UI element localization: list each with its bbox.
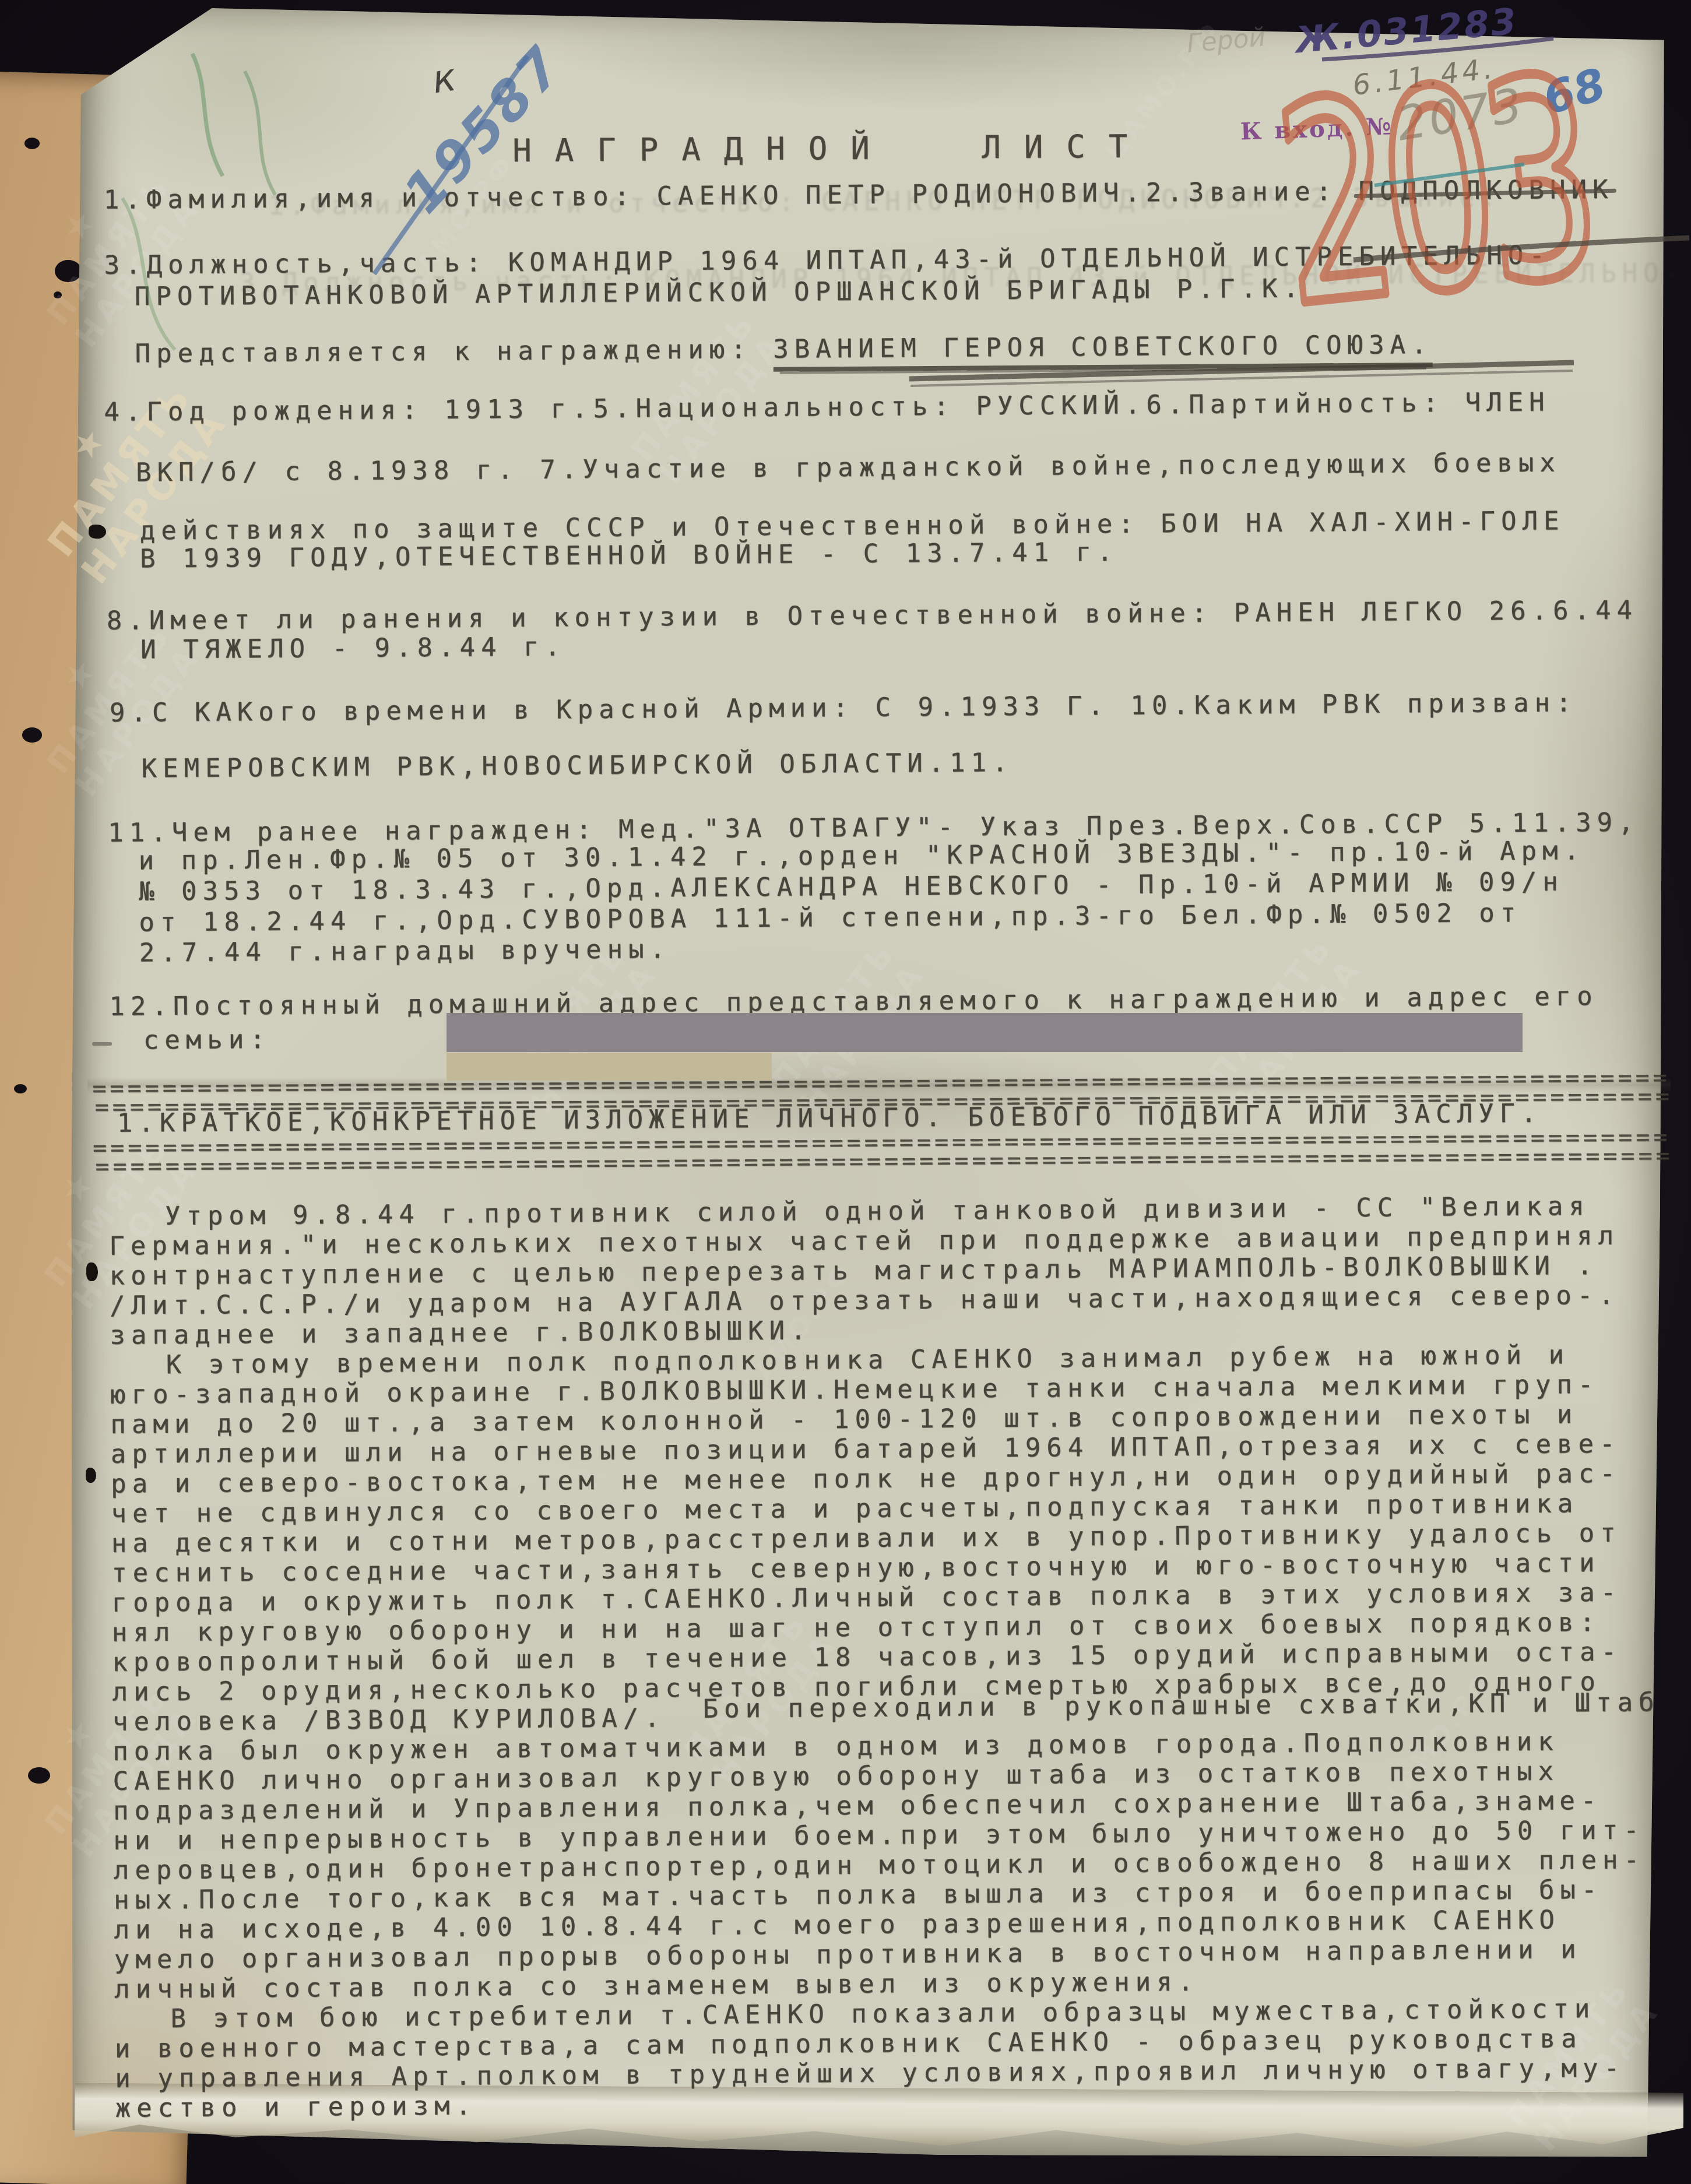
ink-blot <box>86 1262 98 1281</box>
form-line-campaigns-2: В 1939 ГОДУ,ОТЕЧЕСТВЕННОЙ ВОЙНЕ - С 13.7… <box>140 537 1119 574</box>
scanned-award-document: ★ ПАМЯТЬ НАРОДА ★ПАМЯТЬНАРОДА ★ПАМЯТЬНАР… <box>0 0 1691 2184</box>
pencil-dash <box>92 1042 112 1046</box>
form-line-presented: Представляется к награждению: ЗВАНИЕМ ГЕ… <box>135 330 1432 377</box>
form-line-birth-nationality: 4.Год рождения: 1913 г.5.Национальность:… <box>104 388 1551 427</box>
form-line-service-since: 9.С КАКого времени в Красной Армии: С 9.… <box>110 688 1577 728</box>
ink-blot <box>86 1468 96 1483</box>
form-line-address-2: семьи: <box>143 1025 271 1056</box>
ink-blot <box>89 525 106 539</box>
form-line-prior-awards-5: 2.7.44 г.награды вручены. <box>139 934 672 968</box>
body-line-continuation: Бои переходили в рукопашные схватки,КП и… <box>703 1687 1660 1724</box>
redaction-box <box>447 1013 1523 1052</box>
page-title: НАГРАДНОЙ ЛИСТ <box>512 128 1151 169</box>
presented-award-value: ЗВАНИЕМ ГЕРОЯ СОВЕТСКОГО СОЮЗА. <box>773 330 1433 372</box>
rank-value-struck: ПОДПОЛКОВНИК <box>1359 175 1614 206</box>
form-line-party: ВКП/б/ с 8.1938 г. 7.Участие в гражданск… <box>136 448 1561 487</box>
form-line-drafted-by: КЕМЕРОВСКИМ РВК,НОВОСИБИРСКОЙ ОБЛАСТИ.11… <box>141 748 1013 783</box>
presented-label: Представляется к награждению: <box>135 335 773 369</box>
typed-content: 1.Фамилия,имя и отчество: САЕНКО ПЕТР РО… <box>0 0 1691 2184</box>
form-line-wounds-2: И ТЯЖЕЛО - 9.8.44 г. <box>140 632 566 664</box>
incoming-number-stamp: К вход. № <box>1240 112 1394 145</box>
body-line: человека /ВЗВОД КУРИЛОВА/. <box>113 1703 666 1737</box>
citation-body: Утром 9.8.44 г.противник силой одной тан… <box>109 1191 1691 2123</box>
redaction-box <box>447 1053 772 1081</box>
form-line-wounds-1: 8.Имеет ли ранения и контузии в Отечеств… <box>107 595 1639 635</box>
